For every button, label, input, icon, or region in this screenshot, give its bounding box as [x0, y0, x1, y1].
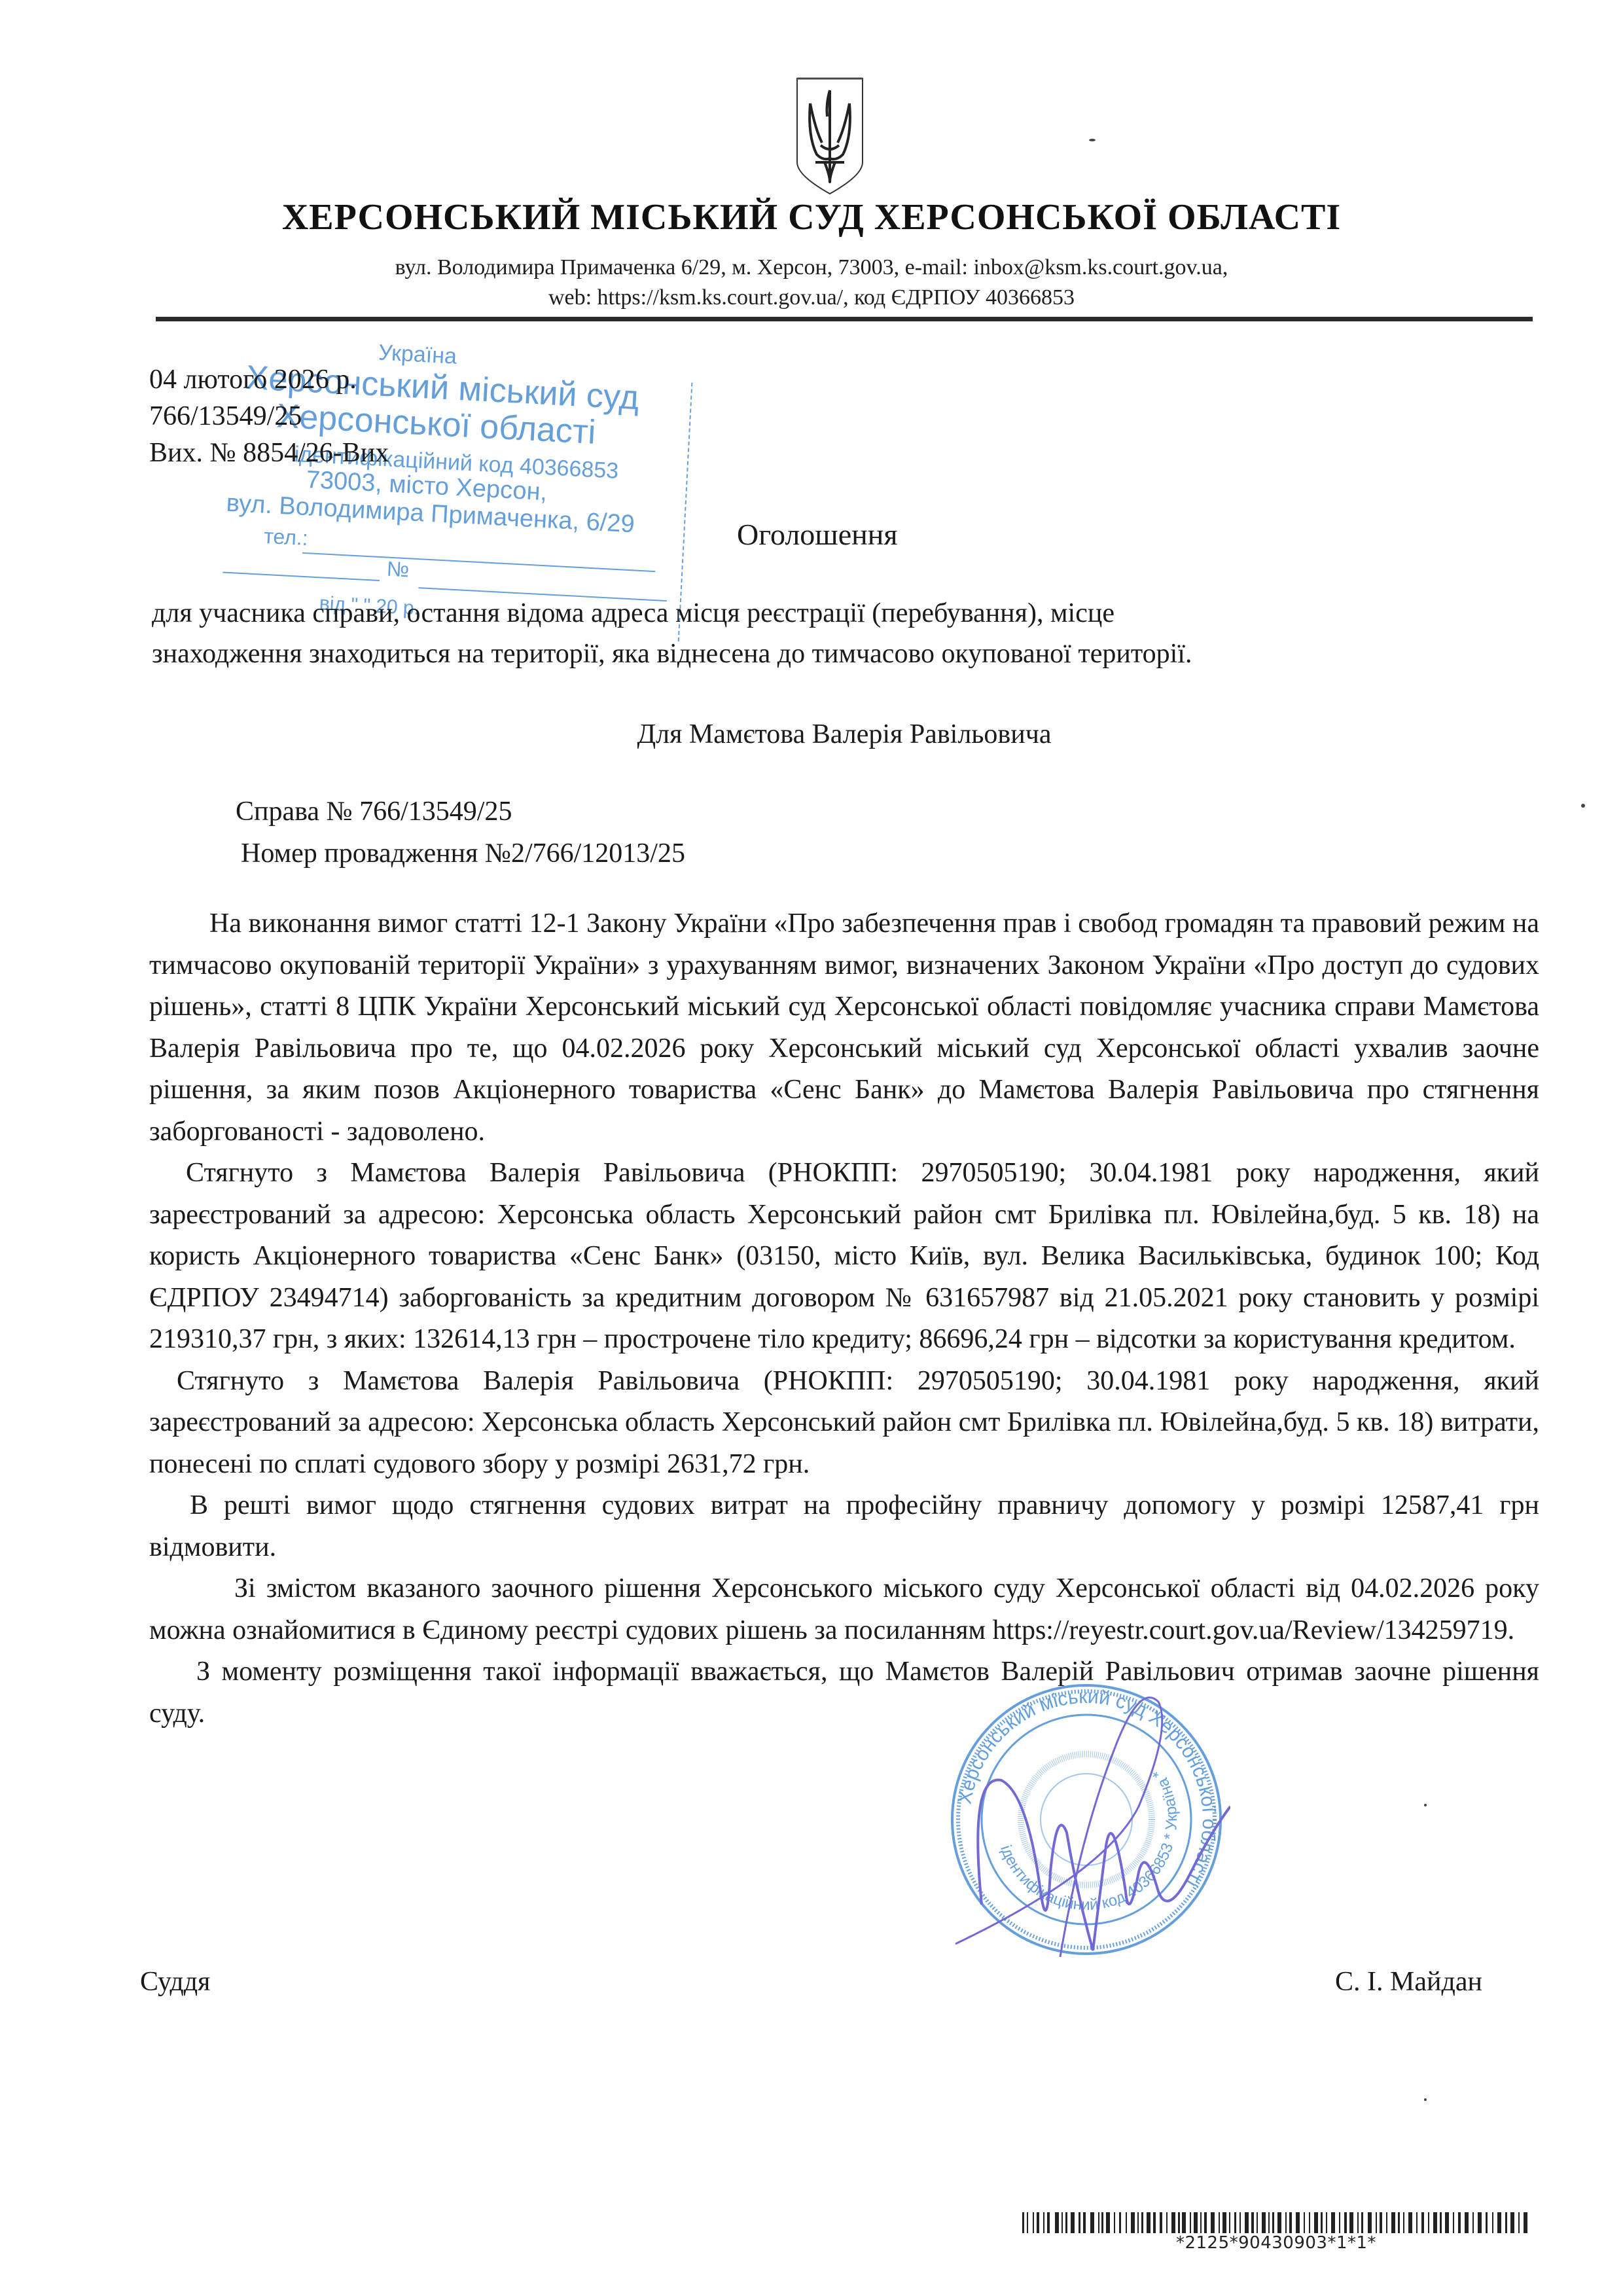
header-divider	[156, 317, 1533, 321]
case-number: 766/13549/25	[149, 398, 389, 435]
court-contact-info: вул. Володимира Примаченка 6/29, м. Херс…	[0, 253, 1623, 313]
judge-name: С. І. Майдан	[1335, 1966, 1482, 1998]
stamp-phone-line	[302, 552, 655, 572]
intro-line-2: знаходження знаходиться на території, як…	[152, 634, 1395, 674]
body-paragraph-receipt: З моменту розміщення такої інформації вв…	[149, 1651, 1539, 1734]
stamp-number-label: №	[386, 557, 410, 583]
body-paragraph-court-fee: Стягнуто з Мамєтова Валерія Равільовича …	[149, 1361, 1539, 1486]
body-paragraph-debt: Стягнуто з Мамєтова Валерія Равільовича …	[149, 1153, 1539, 1361]
addressee: Для Мамєтова Валерія Равільовича	[0, 719, 1623, 750]
stamp-street: вул. Володимира Примаченка, 6/29	[226, 490, 635, 539]
scan-speck	[1424, 2098, 1427, 2101]
stamp-phone-label: тел.:	[263, 524, 308, 550]
proceeding-label: Номер провадження №2/766/12013/25	[236, 833, 685, 874]
court-web-line: web: https://ksm.ks.court.gov.ua/, код Є…	[0, 283, 1623, 313]
stamp-country: Україна	[378, 340, 457, 370]
trident-coat-of-arms-icon	[796, 77, 864, 195]
court-address-line: вул. Володимира Примаченка 6/29, м. Херс…	[0, 253, 1623, 283]
announcement-title: Оголошення	[737, 517, 898, 552]
scan-speck	[1581, 804, 1585, 808]
barcode	[1021, 2212, 1531, 2233]
judge-label: Суддя	[140, 1966, 210, 1998]
barcode-number: *2125*90430903*1*1*	[1021, 2233, 1531, 2253]
document-date: 04 лютого 2026 р.	[149, 361, 389, 398]
body-paragraph-registry-link: Зі змістом вказаного заочного рішення Хе…	[149, 1568, 1539, 1651]
svg-text:ідентифікаційний код 40366853: ідентифікаційний код 40366853 * Україна …	[997, 1766, 1181, 1914]
announcement-body: На виконання вимог статті 12-1 Закону Ук…	[149, 903, 1539, 1734]
outgoing-number: Вих. № 8854/26-Вих	[149, 435, 389, 471]
stamp-city: 73003, місто Херсон,	[306, 466, 548, 507]
scan-speck	[1089, 139, 1096, 141]
case-details: Справа № 766/13549/25 Номер провадження …	[236, 791, 685, 874]
signature-stroke	[978, 1780, 1230, 1950]
stamp-number-line-left	[223, 571, 380, 581]
court-name-heading: ХЕРСОНСЬКИЙ МІСЬКИЙ СУД ХЕРСОНСЬКОЇ ОБЛА…	[0, 196, 1623, 238]
announcement-intro: для учасника справи, остання відома адре…	[152, 593, 1395, 674]
body-paragraph-notice: На виконання вимог статті 12-1 Закону Ук…	[149, 903, 1539, 1153]
body-paragraph-refusal: В решті вимог щодо стягнення судових вит…	[149, 1485, 1539, 1568]
scan-speck	[1424, 1804, 1427, 1806]
reference-block: 04 лютого 2026 р. 766/13549/25 Вих. № 88…	[149, 361, 389, 471]
case-label: Справа № 766/13549/25	[236, 791, 685, 833]
intro-line-1: для учасника справи, остання відома адре…	[152, 593, 1395, 634]
